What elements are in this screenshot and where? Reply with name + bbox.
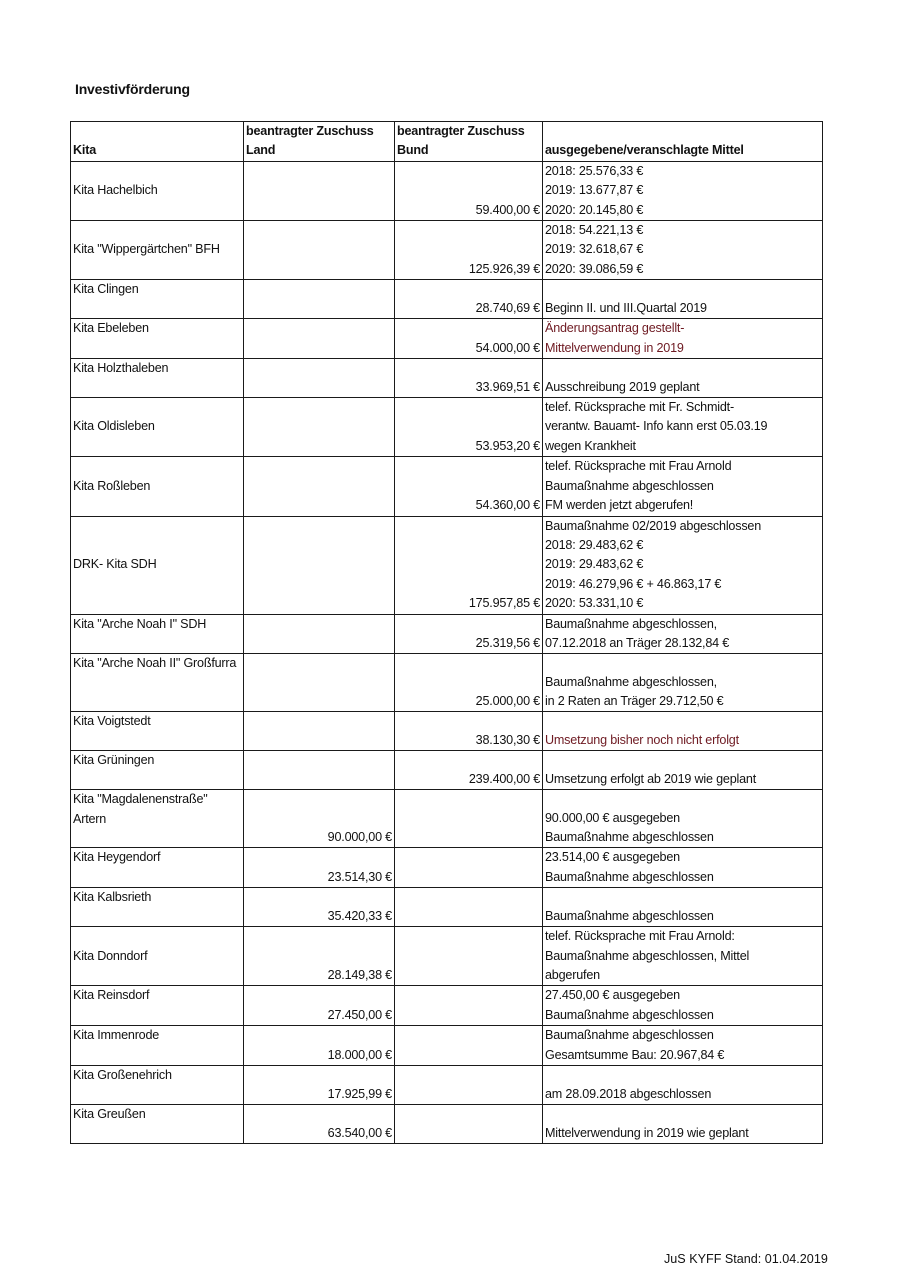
bund-amount-cell [395,1066,543,1105]
mittel-notes-cell: 27.450,00 € ausgegebenBaumaßnahme abgesc… [543,986,823,1026]
mittel-notes-cell: 90.000,00 € ausgegebenBaumaßnahme abgesc… [543,790,823,848]
bund-amount-cell: 53.953,20 € [395,398,543,457]
note-line: Baumaßnahme abgeschlossen [545,477,820,496]
kita-name-cell: Kita "Magdalenenstraße" Artern [71,790,244,848]
note-line: Baumaßnahme abgeschlossen [545,1006,820,1025]
note-line: 2018: 54.221,13 € [545,221,820,240]
kita-name-cell: Kita Voigtstedt [71,712,244,751]
table-row: Kita Clingen28.740,69 €Beginn II. und II… [71,280,823,319]
land-amount-cell [244,457,395,516]
bund-amount-cell [395,1026,543,1066]
note-line: Baumaßnahme abgeschlossen [545,828,820,847]
note-line: abgerufen [545,966,820,985]
note-line: verantw. Bauamt- Info kann erst 05.03.19 [545,417,820,436]
bund-amount-cell: 38.130,30 € [395,712,543,751]
table-row: Kita Oldisleben53.953,20 €telef. Rückspr… [71,398,823,457]
kita-name-cell: Kita Holzthaleben [71,359,244,398]
note-line: Baumaßnahme abgeschlossen [545,868,820,887]
land-amount-cell [244,359,395,398]
table-row: Kita Reinsdorf27.450,00 €27.450,00 € aus… [71,986,823,1026]
note-line: 2018: 25.576,33 € [545,162,820,181]
land-amount-cell [244,516,395,614]
note-line: Mittelverwendung in 2019 [545,339,820,358]
table-row: Kita Voigtstedt38.130,30 €Umsetzung bish… [71,712,823,751]
note-line: in 2 Raten an Träger 29.712,50 € [545,692,820,711]
mittel-notes-cell: 2018: 54.221,13 €2019: 32.618,67 €2020: … [543,221,823,280]
header-kita: Kita [71,122,244,162]
mittel-notes-cell: Baumaßnahme abgeschlossen,in 2 Raten an … [543,654,823,712]
mittel-notes-cell: telef. Rücksprache mit Frau Arnold:Bauma… [543,927,823,986]
note-line: telef. Rücksprache mit Fr. Schmidt- [545,398,820,417]
kita-name-cell: Kita Roßleben [71,457,244,516]
mittel-notes-cell: Baumaßnahme abgeschlossen,07.12.2018 an … [543,614,823,654]
table-row: Kita Hachelbich59.400,00 €2018: 25.576,3… [71,161,823,220]
bund-amount-cell: 175.957,85 € [395,516,543,614]
bund-amount-cell [395,986,543,1026]
kita-name-cell: Kita Donndorf [71,927,244,986]
note-line: Baumaßnahme abgeschlossen [545,907,820,926]
note-line: 2019: 13.677,87 € [545,181,820,200]
note-line: Baumaßnahme abgeschlossen, [545,615,820,634]
table-row: DRK- Kita SDH175.957,85 €Baumaßnahme 02/… [71,516,823,614]
kita-name-cell: Kita "Arche Noah II" Großfurra [71,654,244,712]
land-amount-cell [244,221,395,280]
table-row: Kita Grüningen239.400,00 €Umsetzung erfo… [71,751,823,790]
land-amount-cell [244,751,395,790]
table-row: Kita "Arche Noah II" Großfurra25.000,00 … [71,654,823,712]
table-row: Kita "Magdalenenstraße" Artern90.000,00 … [71,790,823,848]
land-amount-cell: 35.420,33 € [244,888,395,927]
bund-amount-cell [395,848,543,888]
bund-amount-cell [395,1105,543,1144]
header-land: beantragter Zuschuss Land [244,122,395,162]
note-line: Beginn II. und III.Quartal 2019 [545,299,820,318]
table-row: Kita "Arche Noah I" SDH25.319,56 €Baumaß… [71,614,823,654]
note-line: 2020: 20.145,80 € [545,201,820,220]
note-line: Gesamtsumme Bau: 20.967,84 € [545,1046,820,1065]
mittel-notes-cell: telef. Rücksprache mit Frau ArnoldBaumaß… [543,457,823,516]
table-row: Kita Holzthaleben33.969,51 €Ausschreibun… [71,359,823,398]
mittel-notes-cell: Ausschreibung 2019 geplant [543,359,823,398]
note-line: 2019: 29.483,62 € [545,555,820,574]
mittel-notes-cell: Beginn II. und III.Quartal 2019 [543,280,823,319]
kita-name-cell: Kita Grüningen [71,751,244,790]
table-row: Kita Ebeleben54.000,00 €Änderungsantrag … [71,319,823,359]
note-line: FM werden jetzt abgerufen! [545,496,820,515]
land-amount-cell: 90.000,00 € [244,790,395,848]
table-row: Kita Greußen63.540,00 €Mittelverwendung … [71,1105,823,1144]
note-line: 2020: 53.331,10 € [545,594,820,613]
note-line: wegen Krankheit [545,437,820,456]
footer-status: JuS KYFF Stand: 01.04.2019 [664,1252,828,1266]
bund-amount-cell: 54.360,00 € [395,457,543,516]
note-line: Umsetzung bisher noch nicht erfolgt [545,731,820,750]
mittel-notes-cell: Baumaßnahme abgeschlossenGesamtsumme Bau… [543,1026,823,1066]
kita-name-cell: Kita Großenehrich [71,1066,244,1105]
note-line: telef. Rücksprache mit Frau Arnold [545,457,820,476]
kita-name-cell: Kita Clingen [71,280,244,319]
note-line: 27.450,00 € ausgegeben [545,986,820,1005]
kita-name-cell: Kita Ebeleben [71,319,244,359]
kita-name-cell: Kita Oldisleben [71,398,244,457]
kita-name-cell: Kita Immenrode [71,1026,244,1066]
note-line: 90.000,00 € ausgegeben [545,809,820,828]
note-line: Baumaßnahme abgeschlossen, [545,673,820,692]
bund-amount-cell: 25.000,00 € [395,654,543,712]
bund-amount-cell [395,927,543,986]
note-line: 07.12.2018 an Träger 28.132,84 € [545,634,820,653]
mittel-notes-cell: 2018: 25.576,33 €2019: 13.677,87 €2020: … [543,161,823,220]
kita-name-cell: Kita Hachelbich [71,161,244,220]
note-line: 2019: 46.279,96 € + 46.863,17 € [545,575,820,594]
kita-name-cell: Kita Heygendorf [71,848,244,888]
note-line: 23.514,00 € ausgegeben [545,848,820,867]
note-line: am 28.09.2018 abgeschlossen [545,1085,820,1104]
kita-name-cell: Kita Greußen [71,1105,244,1144]
bund-amount-cell: 54.000,00 € [395,319,543,359]
bund-amount-cell: 25.319,56 € [395,614,543,654]
note-line: Baumaßnahme abgeschlossen [545,1026,820,1045]
mittel-notes-cell: am 28.09.2018 abgeschlossen [543,1066,823,1105]
bund-amount-cell [395,790,543,848]
header-bund: beantragter Zuschuss Bund [395,122,543,162]
mittel-notes-cell: Mittelverwendung in 2019 wie geplant [543,1105,823,1144]
land-amount-cell [244,319,395,359]
land-amount-cell: 17.925,99 € [244,1066,395,1105]
land-amount-cell: 18.000,00 € [244,1026,395,1066]
land-amount-cell [244,161,395,220]
mittel-notes-cell: Baumaßnahme abgeschlossen [543,888,823,927]
note-line: Baumaßnahme abgeschlossen, Mittel [545,947,820,966]
note-line: Ausschreibung 2019 geplant [545,378,820,397]
funding-table: Kita beantragter Zuschuss Land beantragt… [70,121,823,1144]
kita-name-cell: Kita "Wippergärtchen" BFH [71,221,244,280]
note-line: Umsetzung erfolgt ab 2019 wie geplant [545,770,820,789]
mittel-notes-cell: Umsetzung erfolgt ab 2019 wie geplant [543,751,823,790]
note-line: Mittelverwendung in 2019 wie geplant [545,1124,820,1143]
land-amount-cell: 27.450,00 € [244,986,395,1026]
land-amount-cell [244,654,395,712]
table-row: Kita Roßleben54.360,00 €telef. Rücksprac… [71,457,823,516]
mittel-notes-cell: 23.514,00 € ausgegebenBaumaßnahme abgesc… [543,848,823,888]
table-header-row: Kita beantragter Zuschuss Land beantragt… [71,122,823,162]
document-title: Investivförderung [75,81,190,97]
kita-name-cell: DRK- Kita SDH [71,516,244,614]
bund-amount-cell: 59.400,00 € [395,161,543,220]
land-amount-cell: 63.540,00 € [244,1105,395,1144]
table-row: Kita Immenrode18.000,00 €Baumaßnahme abg… [71,1026,823,1066]
table-row: Kita Großenehrich17.925,99 €am 28.09.201… [71,1066,823,1105]
note-line: Änderungsantrag gestellt- [545,319,820,338]
bund-amount-cell: 239.400,00 € [395,751,543,790]
kita-name-cell: Kita Reinsdorf [71,986,244,1026]
land-amount-cell: 28.149,38 € [244,927,395,986]
land-amount-cell [244,280,395,319]
note-line: 2018: 29.483,62 € [545,536,820,555]
mittel-notes-cell: Umsetzung bisher noch nicht erfolgt [543,712,823,751]
bund-amount-cell: 28.740,69 € [395,280,543,319]
land-amount-cell [244,712,395,751]
land-amount-cell: 23.514,30 € [244,848,395,888]
table-body: Kita Hachelbich59.400,00 €2018: 25.576,3… [71,161,823,1143]
table-row: Kita Kalbsrieth35.420,33 €Baumaßnahme ab… [71,888,823,927]
note-line: 2020: 39.086,59 € [545,260,820,279]
land-amount-cell [244,398,395,457]
bund-amount-cell: 33.969,51 € [395,359,543,398]
table-row: Kita "Wippergärtchen" BFH125.926,39 €201… [71,221,823,280]
land-amount-cell [244,614,395,654]
note-line: telef. Rücksprache mit Frau Arnold: [545,927,820,946]
mittel-notes-cell: Änderungsantrag gestellt-Mittelverwendun… [543,319,823,359]
table-row: Kita Donndorf28.149,38 €telef. Rücksprac… [71,927,823,986]
mittel-notes-cell: Baumaßnahme 02/2019 abgeschlossen2018: 2… [543,516,823,614]
mittel-notes-cell: telef. Rücksprache mit Fr. Schmidt-veran… [543,398,823,457]
note-line: 2019: 32.618,67 € [545,240,820,259]
bund-amount-cell: 125.926,39 € [395,221,543,280]
bund-amount-cell [395,888,543,927]
note-line: Baumaßnahme 02/2019 abgeschlossen [545,517,820,536]
table-row: Kita Heygendorf23.514,30 €23.514,00 € au… [71,848,823,888]
kita-name-cell: Kita Kalbsrieth [71,888,244,927]
header-mittel: ausgegebene/veranschlagte Mittel [543,122,823,162]
kita-name-cell: Kita "Arche Noah I" SDH [71,614,244,654]
